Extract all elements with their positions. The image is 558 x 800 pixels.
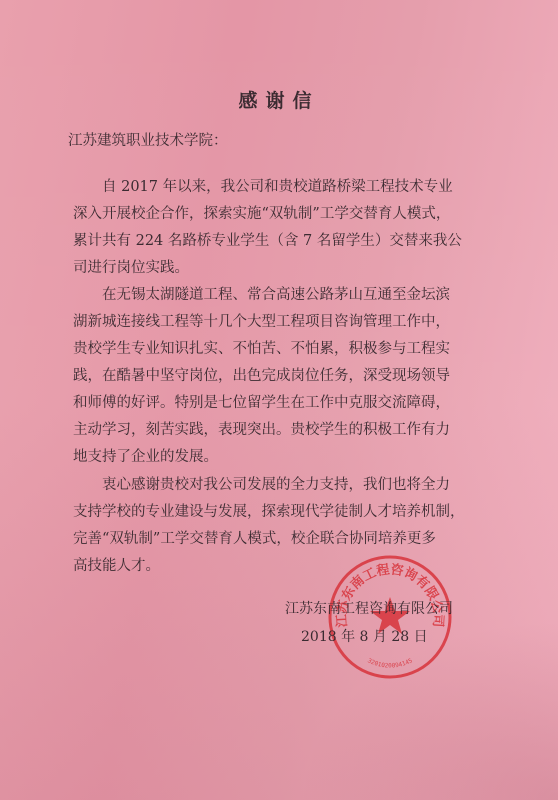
letter-salutation: 江苏建筑职业技术学院： [68, 129, 228, 150]
paragraph-line: 衷心感谢贵校对我公司发展的全力支持，我们也将全力 [73, 472, 441, 499]
paragraph-line: 贵校学生专业知识扎实、不怕苦、不怕累，积极参与工程实 [73, 336, 441, 363]
paragraph-line: 司进行岗位实践。 [73, 255, 441, 282]
paragraph-line: 自 2017 年以来，我公司和贵校道路桥梁工程技术专业 [73, 174, 441, 201]
paragraph-line: 在无锡太湖隧道工程、常合高速公路茅山互通至金坛滨 [73, 282, 441, 309]
paragraph-1: 自 2017 年以来，我公司和贵校道路桥梁工程技术专业 深入开展校企合作，探索实… [73, 174, 441, 282]
seal-serial: 3201020094145 [366, 657, 414, 669]
paragraph-line: 完善“双轨制”工学交替育人模式，校企联合协同培养更多 [73, 526, 441, 553]
svg-text:3201020094145: 3201020094145 [366, 657, 414, 669]
paragraph-line: 支持学校的专业建设与发展，探索现代学徒制人才培养机制， [73, 499, 441, 526]
paragraph-line: 践，在酷暑中坚守岗位，出色完成岗位任务，深受现场领导 [73, 363, 441, 390]
letter-title: 感谢信 [0, 86, 558, 113]
paragraph-line: 湖新城连接线工程等十几个大型工程项目咨询管理工作中， [73, 309, 441, 336]
paragraph-2: 在无锡太湖隧道工程、常合高速公路茅山互通至金坛滨 湖新城连接线工程等十几个大型工… [73, 282, 441, 471]
paragraph-line: 主动学习，刻苦实践，表现突出。贵校学生的积极工作有力 [73, 417, 441, 444]
paragraph-line: 累计共有 224 名路桥专业学生（含 7 名留学生）交替来我公 [73, 228, 441, 255]
paragraph-line: 地支持了企业的发展。 [73, 444, 441, 471]
signature-company: 江苏东南工程咨询有限公司 [285, 598, 453, 618]
paragraph-line: 深入开展校企合作，探索实施“双轨制”工学交替育人模式， [73, 201, 441, 228]
signature-date: 2018 年 8 月 28 日 [301, 626, 428, 646]
paragraph-line: 和师傅的好评。特别是七位留学生在工作中克服交流障碍， [73, 390, 441, 417]
